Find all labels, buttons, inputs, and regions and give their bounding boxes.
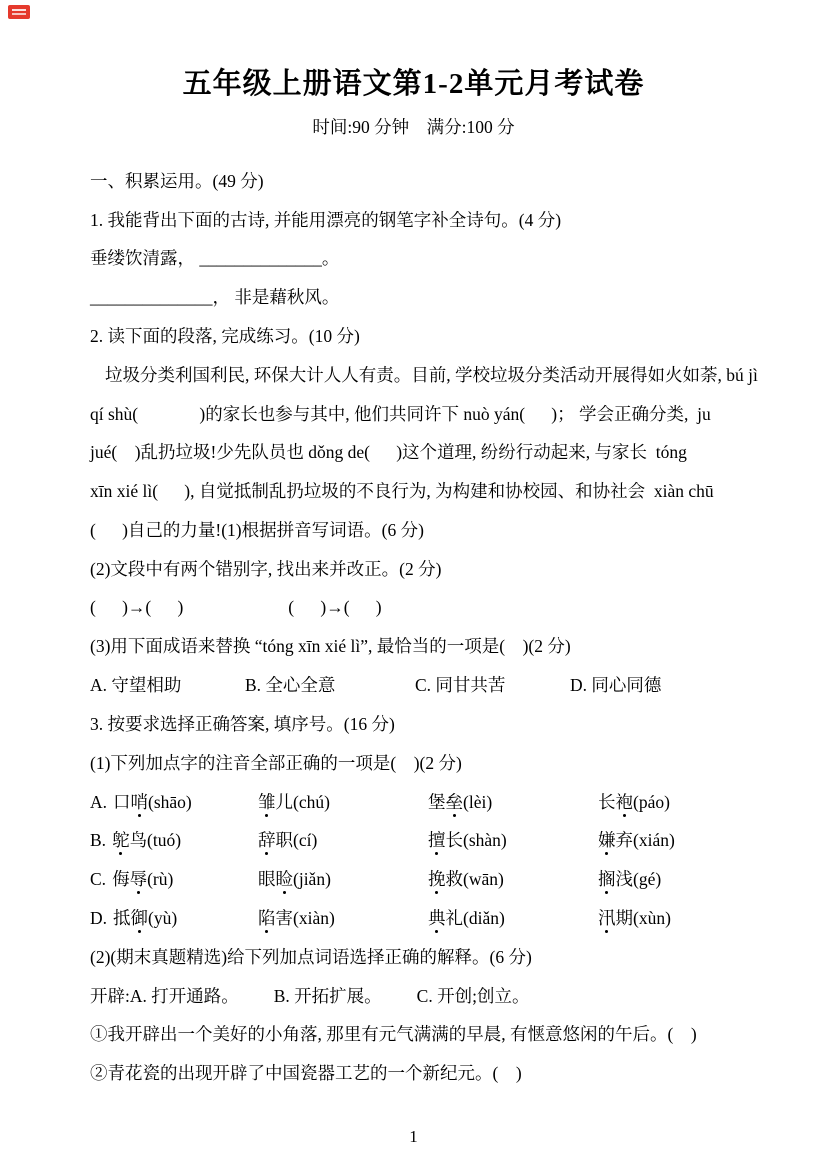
section-heading: 一、积累运用。(49 分)	[90, 161, 737, 200]
exam-meta: 时间:90 分钟 满分:100 分	[0, 114, 827, 140]
poem-line-2: ______________， 非是藉秋风。	[90, 277, 737, 316]
passage-line-4: xīn xié lì( ), 自觉抵制乱扔垃圾的不良行为, 为构建和协校园、和协…	[90, 471, 737, 510]
poem-line-1: 垂缕饮清露， ______________。	[90, 239, 737, 278]
pinyin-option-row-d: D.抵御(yù) 陷害(xiàn) 典礼(diǎn) 汛期(xùn)	[90, 898, 737, 937]
idiom-option-b: B. 全心全意	[245, 672, 415, 697]
pinyin-item: 擅长(shàn)	[428, 827, 598, 852]
pinyin-option-row-a: A.口哨(shāo) 雏儿(chú) 堡垒(lèi) 长袍(páo)	[90, 782, 737, 821]
idiom-option-c: C. 同甘共苦	[415, 672, 570, 697]
question-2-2-stem: (2)文段中有两个错别字, 找出来并改正。(2 分)	[90, 549, 737, 588]
pinyin-item: B.鸵鸟(tuó)	[90, 827, 258, 852]
pinyin-item: A.口哨(shāo)	[90, 789, 258, 814]
pinyin-item: 堡垒(lèi)	[428, 789, 598, 814]
definition-options: 开辟:A. 打开通路。 B. 开拓扩展。 C. 开创;创立。	[90, 976, 737, 1015]
pinyin-item: 眼睑(jiǎn)	[258, 866, 428, 891]
pinyin-item: 嫌弃(xián)	[598, 827, 737, 852]
pinyin-item: C.侮辱(rù)	[90, 866, 258, 891]
pinyin-item: 长袍(páo)	[598, 789, 737, 814]
passage-line-2: qí shù( )的家长也参与其中, 他们共同许下 nuò yán( )； 学会…	[90, 394, 737, 433]
pinyin-item: 雏儿(chú)	[258, 789, 428, 814]
pinyin-item: D.抵御(yù)	[90, 905, 258, 930]
pinyin-item: 搁浅(gé)	[598, 866, 737, 891]
page-number: 1	[0, 1127, 827, 1147]
question-3-stem: 3. 按要求选择正确答案, 填序号。(16 分)	[90, 704, 737, 743]
question-3-1-stem: (1)下列加点字的注音全部正确的一项是( )(2 分)	[90, 743, 737, 782]
exam-body: 一、积累运用。(49 分) 1. 我能背出下面的古诗, 并能用漂亮的钢笔字补全诗…	[0, 161, 827, 1092]
question-3-2-stem: (2)(期末真题精选)给下列加点词语选择正确的解释。(6 分)	[90, 937, 737, 976]
logo-stamp	[8, 5, 30, 19]
sentence-1: ①我开辟出一个美好的小角落, 那里有元气满满的早晨, 有惬意悠闲的午后。( )	[90, 1015, 737, 1054]
pinyin-item: 陷害(xiàn)	[258, 905, 428, 930]
question-2-stem: 2. 读下面的段落, 完成练习。(10 分)	[90, 316, 737, 355]
pinyin-item: 挽救(wān)	[428, 866, 598, 891]
pinyin-item: 辞职(cí)	[258, 827, 428, 852]
idiom-options-row: A. 守望相助 B. 全心全意 C. 同甘共苦 D. 同心同德	[90, 665, 737, 704]
idiom-option-a: A. 守望相助	[90, 672, 245, 697]
sentence-2: ②青花瓷的出现开辟了中国瓷器工艺的一个新纪元。( )	[90, 1053, 737, 1092]
pinyin-option-row-b: B.鸵鸟(tuó) 辞职(cí) 擅长(shàn) 嫌弃(xián)	[90, 821, 737, 860]
passage-line-1: 垃圾分类利国利民, 环保大计人人有责。目前, 学校垃圾分类活动开展得如火如荼, …	[90, 355, 737, 394]
exam-paper-page: 五年级上册语文第1-2单元月考试卷 时间:90 分钟 满分:100 分 一、积累…	[0, 0, 827, 1169]
passage-line-3: jué( )乱扔垃圾!少先队员也 dǒng de( )这个道理, 纷纷行动起来,…	[90, 433, 737, 472]
idiom-option-d: D. 同心同德	[570, 672, 737, 697]
question-2-3-stem: (3)用下面成语来替换 “tóng xīn xié lì”, 最恰当的一项是( …	[90, 627, 737, 666]
pinyin-option-row-c: C.侮辱(rù) 眼睑(jiǎn) 挽救(wān) 搁浅(gé)	[90, 859, 737, 898]
passage-line-5: ( )自己的力量!(1)根据拼音写词语。(6 分)	[90, 510, 737, 549]
question-1-stem: 1. 我能背出下面的古诗, 并能用漂亮的钢笔字补全诗句。(4 分)	[90, 200, 737, 239]
page-title: 五年级上册语文第1-2单元月考试卷	[0, 66, 827, 102]
correction-blanks: ( )→( ) ( )→( )	[90, 588, 737, 627]
pinyin-item: 汛期(xùn)	[598, 905, 737, 930]
pinyin-item: 典礼(diǎn)	[428, 905, 598, 930]
